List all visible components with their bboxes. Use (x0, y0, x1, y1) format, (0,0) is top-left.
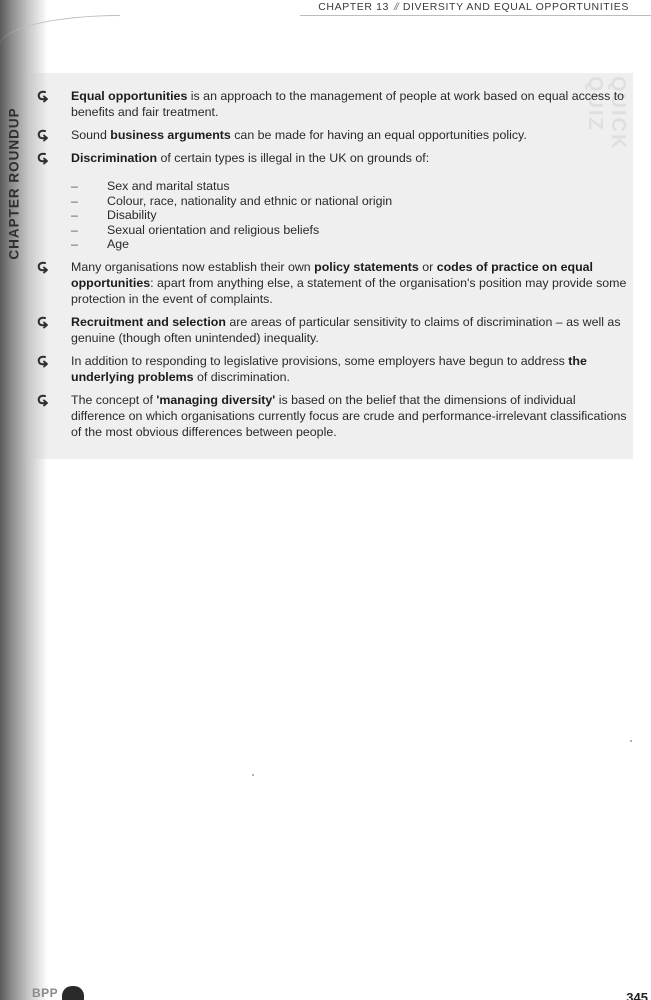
roundup-item-text: Discrimination of certain types is illeg… (71, 150, 628, 166)
roundup-item-text: Many organisations now establish their o… (71, 259, 628, 307)
publisher-mark-icon (62, 986, 84, 1000)
chapter-roundup-label: CHAPTER ROUNDUP (3, 88, 25, 278)
roundup-item-text: In addition to responding to legislative… (71, 353, 628, 385)
scan-speck (630, 740, 632, 742)
text-run: The concept of (71, 393, 156, 407)
text-run: In addition to responding to legislative… (71, 354, 568, 368)
sub-list-item-text: Age (107, 237, 129, 251)
key-term: business arguments (110, 128, 231, 142)
curved-arrow-icon (36, 393, 50, 407)
dash-bullet-icon: – (71, 208, 78, 223)
roundup-item: In addition to responding to legislative… (36, 353, 628, 385)
roundup-item: The concept of 'managing diversity' is b… (36, 392, 628, 440)
text-run: of discrimination. (194, 370, 290, 384)
chapter-title: DIVERSITY AND EQUAL OPPORTUNITIES (403, 1, 629, 13)
curved-arrow-icon (36, 260, 50, 274)
sub-list-item-text: Disability (107, 208, 157, 222)
roundup-item: Discrimination of certain types is illeg… (36, 150, 628, 252)
curved-arrow-icon (36, 128, 50, 142)
key-term: Discrimination (71, 151, 157, 165)
sub-list-item: –Disability (71, 208, 628, 223)
roundup-item-text: Equal opportunities is an approach to th… (71, 88, 628, 120)
publisher-name: BPP (32, 986, 58, 1000)
roundup-item-text: Sound business arguments can be made for… (71, 127, 628, 143)
page-number: 345 (626, 990, 648, 1000)
dash-bullet-icon: – (71, 237, 78, 252)
sub-list-item: –Sex and marital status (71, 179, 628, 194)
dash-bullet-icon: – (71, 223, 78, 238)
text-run: can be made for having an equal opportun… (231, 128, 527, 142)
text-run: or (419, 260, 437, 274)
sub-list-item-text: Colour, race, nationality and ethnic or … (107, 194, 392, 208)
curved-arrow-icon (36, 354, 50, 368)
chapter-number: CHAPTER 13 (318, 1, 389, 13)
key-term: Recruitment and selection (71, 315, 226, 329)
scan-speck (252, 774, 254, 776)
sub-list-item: –Age (71, 237, 628, 252)
curved-arrow-icon (36, 151, 50, 165)
curved-arrow-icon (36, 89, 50, 103)
key-term: Equal opportunities (71, 89, 187, 103)
sub-list-item-text: Sex and marital status (107, 179, 230, 193)
roundup-list: Equal opportunities is an approach to th… (36, 88, 628, 447)
side-label-text: CHAPTER ROUNDUP (7, 107, 22, 259)
text-run: of certain types is illegal in the UK on… (157, 151, 429, 165)
sub-list-item: –Sexual orientation and religious belief… (71, 223, 628, 238)
curved-arrow-icon (36, 315, 50, 329)
roundup-item: Sound business arguments can be made for… (36, 127, 628, 143)
text-run: Many organisations now establish their o… (71, 260, 314, 274)
discrimination-grounds-list: –Sex and marital status–Colour, race, na… (71, 179, 628, 252)
text-run: Sound (71, 128, 110, 142)
key-term: policy statements (314, 260, 419, 274)
key-term: 'managing diversity' (156, 393, 275, 407)
text-run: : apart from anything else, a statement … (71, 276, 626, 306)
header-separator: // (394, 1, 398, 13)
publisher-logo: BPP (32, 982, 84, 1000)
roundup-item-text: Recruitment and selection are areas of p… (71, 314, 628, 346)
roundup-item: Recruitment and selection are areas of p… (36, 314, 628, 346)
roundup-item: Equal opportunities is an approach to th… (36, 88, 628, 120)
dash-bullet-icon: – (71, 194, 78, 209)
roundup-item: Many organisations now establish their o… (36, 259, 628, 307)
dash-bullet-icon: – (71, 179, 78, 194)
running-header: CHAPTER 13//DIVERSITY AND EQUAL OPPORTUN… (300, 0, 651, 16)
sub-list-item-text: Sexual orientation and religious beliefs (107, 223, 319, 237)
running-header-text: CHAPTER 13//DIVERSITY AND EQUAL OPPORTUN… (318, 1, 629, 13)
sub-list-item: –Colour, race, nationality and ethnic or… (71, 194, 628, 209)
roundup-item-text: The concept of 'managing diversity' is b… (71, 392, 628, 440)
